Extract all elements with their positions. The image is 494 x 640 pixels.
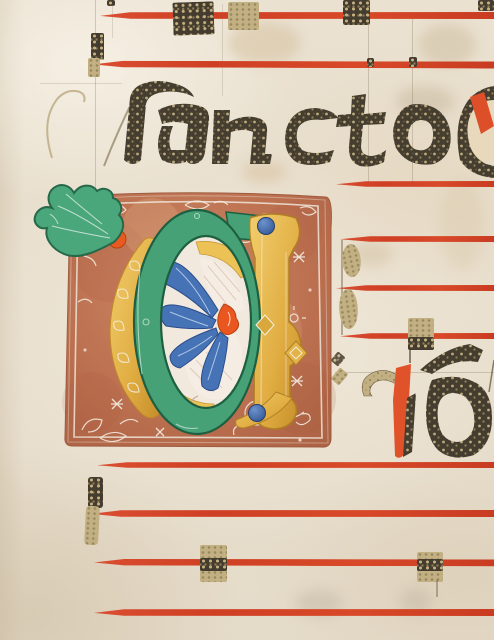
blackletter-word-sancto [124,81,451,167]
neume-virga-head [91,33,104,60]
parchment-stain [418,24,476,66]
blue-ball [249,405,266,422]
neume-virga-tail [84,506,100,546]
blue-ball [258,218,275,235]
neume-square-note [107,0,115,6]
neume-square-note-faded [228,2,259,30]
pen-flourish [47,91,134,166]
stave-line [100,12,494,19]
neume-square-band [200,558,227,571]
fragment-d-ascender [420,344,483,374]
neume-square-note [343,0,370,25]
fragment-d-bowl [426,377,492,458]
neume-tick [409,57,417,67]
stave-line [94,609,494,616]
neume-virga-head [88,477,103,508]
neume-square-note [172,1,214,35]
lyric-line-artwork [40,74,494,180]
stave-line [91,510,494,517]
neume-stem [436,580,438,597]
partial-ringed-letter [458,86,494,178]
illuminated-initial [28,168,344,460]
text-fragment-artwork [350,325,494,465]
manuscript-page: sancto o [0,0,494,640]
neume-tick [367,58,374,67]
stave-line [336,285,494,291]
stave-line [93,60,494,68]
stave-line [336,181,494,187]
neume-square-note [478,0,494,11]
stave-line [340,236,494,242]
neume-square-band [417,559,443,571]
parchment-stain [440,180,484,270]
